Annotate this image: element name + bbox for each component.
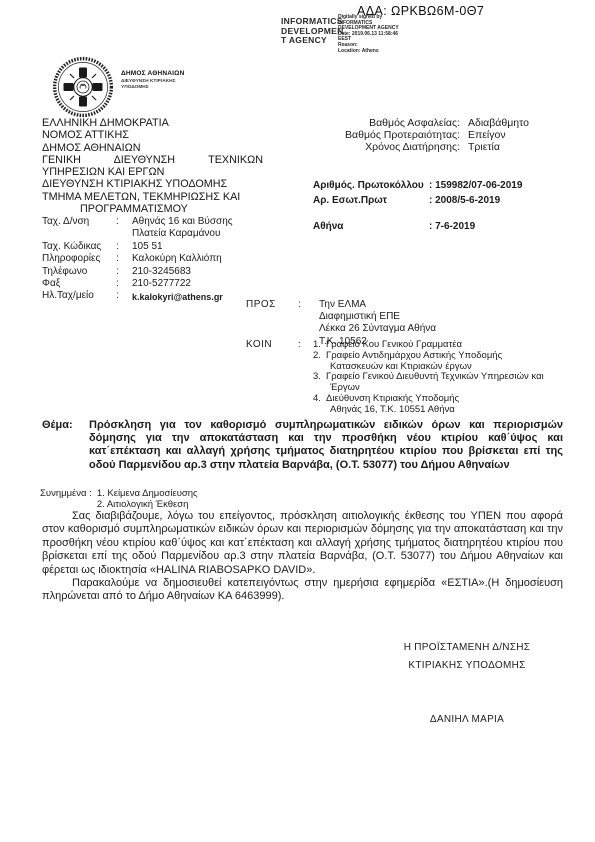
contact-value: 210-3245683: [132, 266, 287, 278]
cc-item-number: 2.: [313, 351, 326, 373]
attachment-item: 2. Αιτιολογική Έκθεση: [97, 499, 198, 510]
attachment-item: 1. Κείμενα Δημοσίευσης: [97, 488, 198, 499]
protocol-row: Αριθμός. Πρωτοκόλλου : 159982/07-06-2019: [313, 180, 573, 191]
subject-block: Θέμα: Πρόσκληση για τον καθορισμό συμπλη…: [42, 419, 563, 472]
recipient-cc-block: ΚΟΙΝ : 1. Γραφείο Κου Γενικού Γραμματέα …: [246, 340, 563, 416]
subject-text: Πρόσκληση για τον καθορισμό συμπληρωματι…: [89, 419, 563, 472]
contact-colon: [116, 228, 132, 240]
internal-protocol-number: : 2008/5-6-2019: [429, 195, 500, 206]
cc-item-line: Αθηνάς 16, Τ.Κ. 10551 Αθήνα: [326, 405, 459, 416]
contact-value: Πλατεία Καραμάνου: [132, 228, 287, 240]
agency-line: T AGENCY: [281, 36, 344, 46]
protocol-label: Αριθμός. Πρωτοκόλλου: [313, 180, 429, 191]
cc-colon: :: [298, 340, 313, 416]
cc-item: 3. Γραφείο Γενικού Διευθυντή Τεχνικών Υπ…: [313, 372, 563, 394]
contact-label: Τηλέφωνο: [42, 266, 116, 278]
contact-label: Φαξ: [42, 278, 116, 290]
protocol-label: Αρ. Εσωτ.Πρωτ: [313, 195, 429, 206]
contact-value: 105 51: [132, 241, 287, 253]
place-date-row: Αθήνα : 7-6-2019: [313, 221, 573, 232]
contact-row: Φαξ : 210-5277722: [42, 278, 287, 290]
emblem-org-name: ΔΗΜΟΣ ΑΘΗΝΑΙΩΝ: [121, 70, 231, 77]
place-label: Αθήνα: [313, 221, 429, 232]
sender-line: ΓΕΝΙΚΗ ΔΙΕΥΘΥΝΣΗ ΤΕΧΝΙΚΩΝ: [42, 154, 263, 166]
contact-row: Ταχ. Δ/νση : Αθηνάς 16 και Βύσσης: [42, 216, 287, 228]
to-line: Την ΕΛΜΑ: [319, 299, 436, 311]
contact-label: Ηλ.Ταχ/μείο: [42, 290, 116, 303]
protocol-block: Αριθμός. Πρωτοκόλλου : 159982/07-06-2019…: [313, 180, 573, 235]
contact-colon: :: [116, 266, 132, 278]
contact-label: Ταχ. Κώδικας: [42, 241, 116, 253]
digital-signature-details: Digitally signed by INFORMATICS DEVELOPM…: [338, 15, 423, 54]
contact-label: [42, 228, 116, 240]
body-paragraph: Παρακαλούμε να δημοσιευθεί κατεπειγόντως…: [42, 577, 563, 604]
digital-signature-agency: INFORMATICS DEVELOPMEN T AGENCY: [281, 17, 344, 46]
contact-colon: :: [116, 216, 132, 228]
athens-city-seal-icon: [52, 56, 114, 118]
contact-value: Αθηνάς 16 και Βύσσης: [132, 216, 287, 228]
cc-item: 4. Διεύθυνση Κτιριακής Υποδομής Αθηνάς 1…: [313, 394, 563, 416]
to-line: Λέκκα 26 Σύνταγμα Αθήνα: [319, 323, 436, 335]
cc-item-number: 3.: [313, 372, 326, 394]
contact-value: 210-5277722: [132, 278, 287, 290]
contact-row: Πλατεία Καραμάνου: [42, 228, 287, 240]
emblem-caption: ΔΗΜΟΣ ΑΘΗΝΑΙΩΝ ΔΙΕΥΘΥΝΣΗ ΚΤΙΡΙΑΚΗΣ ΥΠΟΔΟ…: [121, 70, 231, 90]
sender-line: ΠΡΟΓΡΑΜΜΑΤΙΣΜΟΥ: [42, 203, 263, 215]
contact-colon: :: [116, 253, 132, 265]
body-paragraph: Σας διαβιβάζουμε, λόγω του επείγοντος, π…: [42, 510, 563, 577]
contact-row: Ταχ. Κώδικας : 105 51: [42, 241, 287, 253]
contact-row: Τηλέφωνο : 210-3245683: [42, 266, 287, 278]
document-page: ΑΔΑ: ΩΡΚΒΩ6Μ-0Θ7 INFORMATICS DEVELOPMEN …: [0, 0, 595, 842]
classification-label: Βαθμός Ασφαλείας:: [308, 117, 460, 129]
sender-header: ΕΛΛΗΝΙΚΗ ΔΗΜΟΚΡΑΤΙΑ ΝΟΜΟΣ ΑΤΤΙΚΗΣ ΔΗΜΟΣ …: [42, 117, 263, 215]
classification-row: Βαθμός Ασφαλείας: Αδιαβάθμητο: [308, 117, 568, 129]
attachments-block: Συνημμένα : 1. Κείμενα Δημοσίευσης 2. Αι…: [40, 488, 198, 510]
cc-item-number: 4.: [313, 394, 326, 416]
protocol-row: Αρ. Εσωτ.Πρωτ : 2008/5-6-2019: [313, 195, 573, 206]
contact-colon: :: [116, 290, 132, 303]
signature-block: Η ΠΡΟΪΣΤΑΜΕΝΗ Δ/ΝΣΗΣ ΚΤΙΡΙΑΚΗΣ ΥΠΟΔΟΜΗΣ …: [352, 642, 582, 725]
sender-line: ΔΗΜΟΣ ΑΘΗΝΑΙΩΝ: [42, 142, 263, 154]
classification-label: Βαθμός Προτεραιότητας:: [308, 129, 460, 141]
sender-line: ΔΙΕΥΘΥΝΣΗ ΚΤΙΡΙΑΚΗΣ ΥΠΟΔΟΜΗΣ: [42, 178, 263, 190]
classification-value: Επείγον: [460, 129, 506, 141]
cc-item: 2. Γραφείο Αντιδημάρχου Αστικής Υποδομής…: [313, 351, 563, 373]
letter-body: Σας διαβιβάζουμε, λόγω του επείγοντος, π…: [42, 510, 563, 604]
sender-line: ΤΜΗΜΑ ΜΕΛΕΤΩΝ, ΤΕΚΜΗΡΙΩΣΗΣ ΚΑΙ: [42, 191, 263, 203]
sender-line: ΥΠΗΡΕΣΙΩΝ ΚΑΙ ΕΡΓΩΝ: [42, 166, 263, 178]
sender-line: ΝΟΜΟΣ ΑΤΤΙΚΗΣ: [42, 129, 263, 141]
contact-label: Ταχ. Δ/νση: [42, 216, 116, 228]
contact-row: Πληροφορίες : Καλοκύρη Καλλιόπη: [42, 253, 287, 265]
to-line: Διαφημιστική ΕΠΕ: [319, 311, 436, 323]
signature-title-line: Η ΠΡΟΪΣΤΑΜΕΝΗ Δ/ΝΣΗΣ: [352, 642, 582, 653]
contact-value: Καλοκύρη Καλλιόπη: [132, 253, 287, 265]
cc-item-line: Γραφείο Αντιδημάρχου Αστικής Υποδομής: [326, 351, 502, 362]
classification-row: Χρόνος Διατήρησης: Τριετία: [308, 141, 568, 153]
protocol-number: : 159982/07-06-2019: [429, 180, 522, 191]
classification-row: Βαθμός Προτεραιότητας: Επείγον: [308, 129, 568, 141]
contact-details: Ταχ. Δ/νση : Αθηνάς 16 και Βύσσης Πλατεί…: [42, 216, 287, 304]
cc-label: ΚΟΙΝ: [246, 340, 298, 416]
signature-detail-line: Location: Athens: [338, 49, 423, 55]
contact-label: Πληροφορίες: [42, 253, 116, 265]
emblem-dept-line: ΥΠΟΔΟΜΗΣ: [121, 85, 231, 91]
signatory-name: ΔΑΝΙΗΛ ΜΑΡΙΑ: [352, 714, 582, 725]
classification-value: Αδιαβάθμητο: [460, 117, 529, 129]
sender-line: ΕΛΛΗΝΙΚΗ ΔΗΜΟΚΡΑΤΙΑ: [42, 117, 263, 129]
contact-colon: :: [116, 278, 132, 290]
classification-block: Βαθμός Ασφαλείας: Αδιαβάθμητο Βαθμός Προ…: [308, 117, 568, 154]
attachments-label: Συνημμένα :: [40, 488, 92, 510]
classification-label: Χρόνος Διατήρησης:: [308, 141, 460, 153]
subject-label: Θέμα:: [42, 419, 73, 432]
document-date: : 7-6-2019: [429, 221, 475, 232]
signature-title-line: ΚΤΙΡΙΑΚΗΣ ΥΠΟΔΟΜΗΣ: [352, 660, 582, 671]
classification-value: Τριετία: [460, 141, 500, 153]
contact-colon: :: [116, 241, 132, 253]
